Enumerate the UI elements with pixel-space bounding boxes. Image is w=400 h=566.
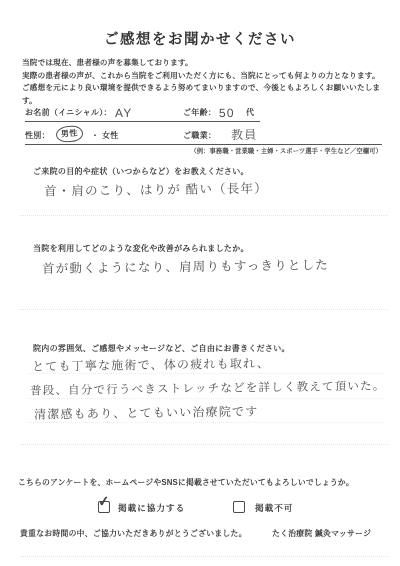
publish-ok-label: 掲載に協力する xyxy=(118,502,185,514)
intro-line: 実際の患者様の声が、これから当院をご利用いただく方にも、当院にとっても何よりの力… xyxy=(22,70,388,83)
publication-options-row: ✓ 掲載に協力する 掲載不可 xyxy=(0,500,400,516)
question-1-label: ご来院の目的や症状（いつからなど）をお教えください。 xyxy=(33,166,249,177)
question-1-answer-handwritten: 首・肩のこり、はりが 酷い（長年） xyxy=(44,178,268,199)
clinic-name: たく治療院 鍼灸マッサージ xyxy=(272,528,371,539)
occupation-value-handwritten: 教員 xyxy=(231,126,258,143)
name-label: お名前（イニシャル）： xyxy=(25,107,112,118)
separator-line xyxy=(20,444,388,445)
separator-line xyxy=(20,556,388,557)
intro-paragraph: 当院では現在、患者様の声を募集しております。 実際の患者様の声が、これから当院を… xyxy=(22,57,388,107)
gender-option-female: 女性 xyxy=(102,130,119,141)
question-2-answer-handwritten: 首が動くようになり、肩周りもすっきりとした xyxy=(42,255,329,277)
question-3-label: 院内の雰囲気、ご感想やメッセージなど、ご自由にお書きください。 xyxy=(33,343,290,354)
form-title: ご感想をお聞かせください xyxy=(0,28,400,49)
name-value-handwritten: AY xyxy=(115,106,133,120)
question-3-answer-line-1: とても丁寧な施術で、体の疲れも取れ、 xyxy=(32,354,270,374)
intro-line: 当院では現在、患者様の声を募集しております。 xyxy=(22,57,388,70)
publish-no-checkbox xyxy=(233,501,245,513)
question-2-label: 当院を利用してどのような変化や改善がみられましたか。 xyxy=(33,243,249,254)
ruled-line xyxy=(28,398,384,399)
feedback-form-scan: ご感想をお聞かせください 当院では現在、患者様の声を募集しております。 実際の患… xyxy=(0,0,400,566)
age-suffix: 代 xyxy=(246,107,254,118)
separator-line xyxy=(20,309,388,310)
footer-thanks-text: 貴重なお時間の中、ご協力いただきありがとうございました。 xyxy=(20,528,247,539)
age-label: ご年齢： xyxy=(183,107,216,118)
check-icon: ✓ xyxy=(97,493,110,508)
gender-occupation-row: 性別： 男性 ・ 女性 ご職業： 教員 xyxy=(25,124,382,145)
male-circle-annotation: 男性 xyxy=(55,125,83,143)
occupation-hint: （例：事務職・営業職・主婦・スポーツ選手・学生など／空欄可） xyxy=(135,146,382,155)
question-3-answer-line-2: 普段、自分で行うべきストレッチなどを詳しく教えて頂いた。 xyxy=(30,378,386,399)
separator-line xyxy=(20,215,388,216)
gender-option-male: 男性 xyxy=(55,126,84,142)
publish-no-label: 掲載不可 xyxy=(255,502,293,514)
age-value-handwritten: 50 xyxy=(219,106,235,120)
name-age-row: お名前（イニシャル）： AY ご年齢： 50 代 xyxy=(25,101,260,122)
gender-label: 性別： xyxy=(25,130,50,141)
occupation-label: ご職業： xyxy=(183,130,216,141)
gender-separator-dot: ・ xyxy=(91,130,99,141)
ruled-line xyxy=(28,422,384,423)
question-3-answer-line-3: 清潔感もあり、とてもいい治療院です xyxy=(34,402,259,422)
publication-question: こちらのアンケートを、ホームページやSNSに掲載させていただいてもよろしいでしょ… xyxy=(18,477,390,488)
publish-ok-checkbox: ✓ xyxy=(98,501,110,513)
